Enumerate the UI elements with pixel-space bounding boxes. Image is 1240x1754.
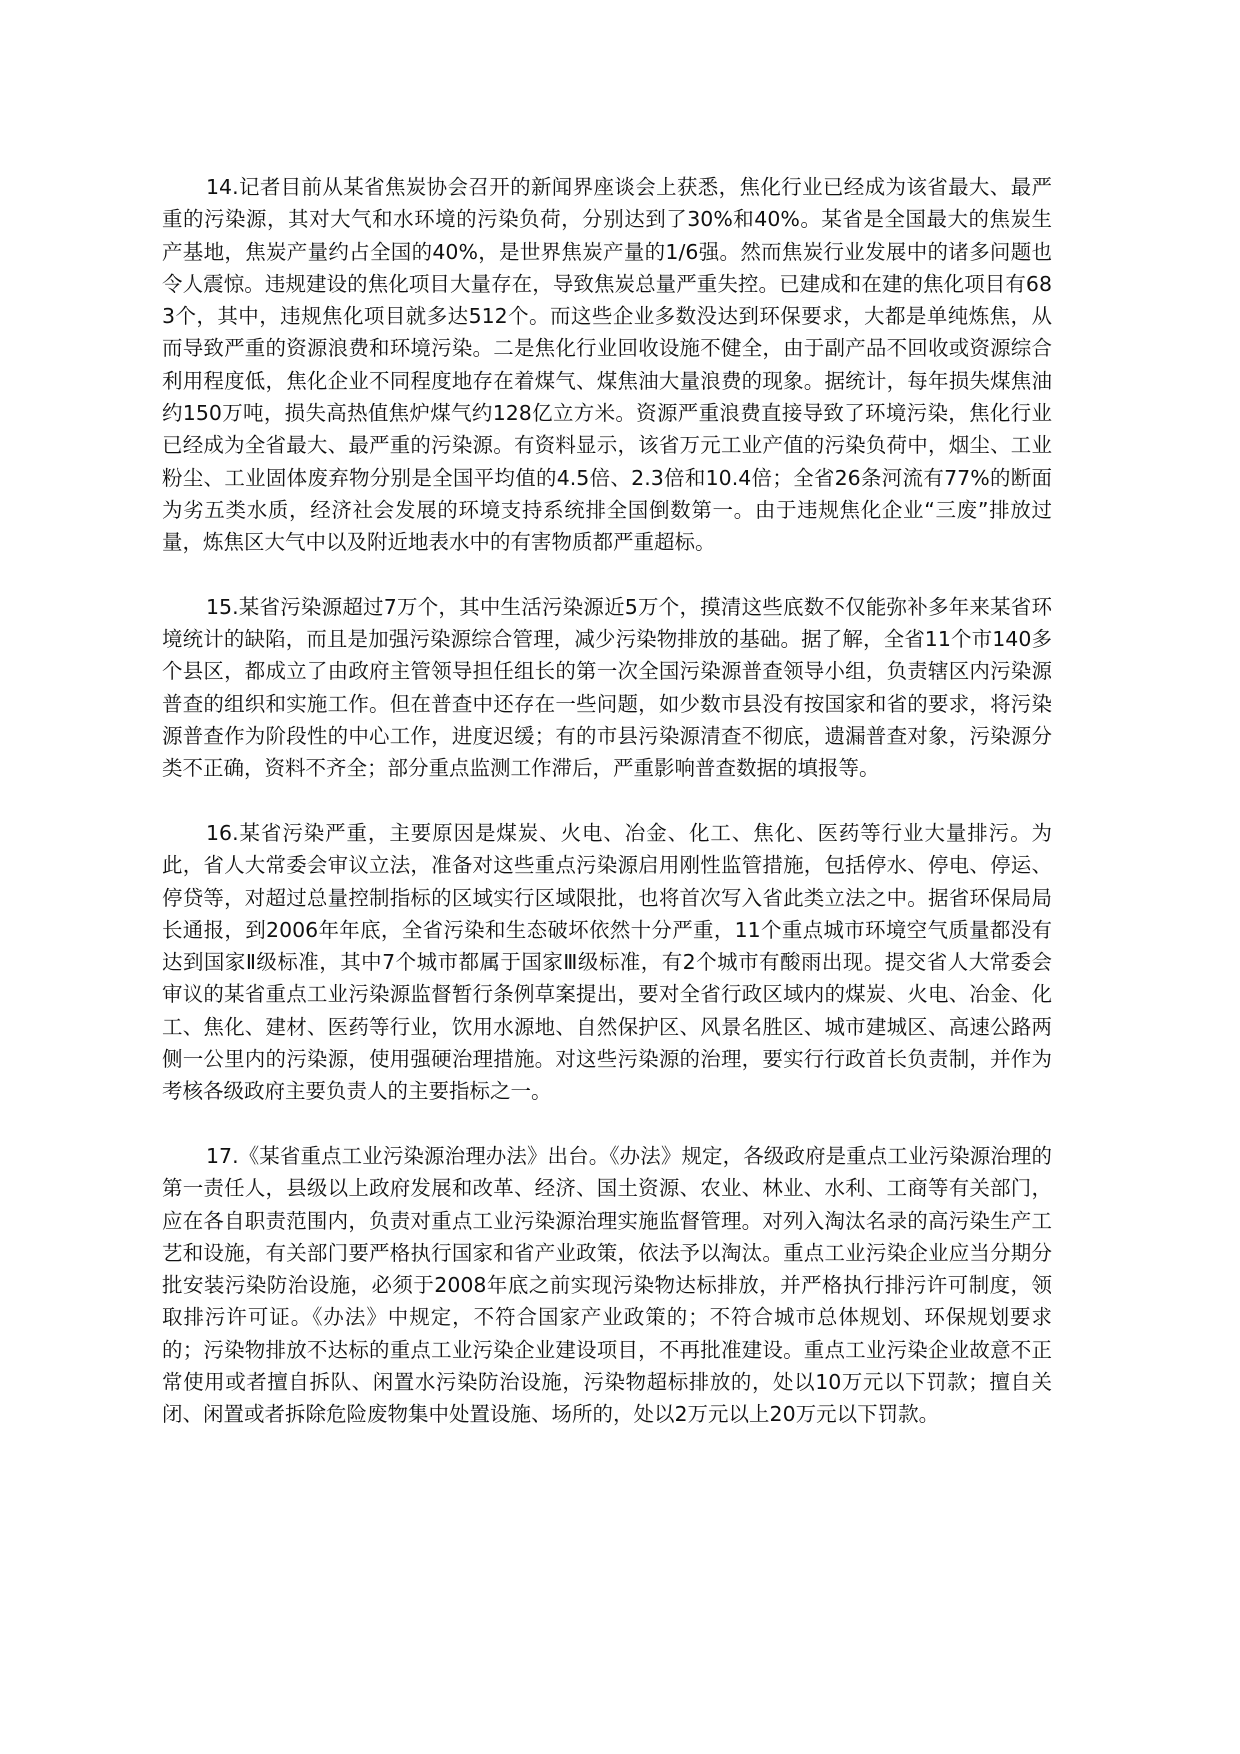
paragraph-14: 14.记者目前从某省焦炭协会召开的新闻界座谈会上获悉，焦化行业已经成为该省最大、… [162,171,1052,559]
paragraph-17: 17.《某省重点工业污染源治理办法》出台。《办法》规定，各级政府是重点工业污染源… [162,1140,1052,1431]
document-page: 14.记者目前从某省焦炭协会召开的新闻界座谈会上获悉，焦化行业已经成为该省最大、… [162,171,1052,1463]
paragraph-15: 15.某省污染源超过7万个，其中生活污染源近5万个，摸清这些底数不仅能弥补多年来… [162,591,1052,785]
paragraph-16: 16.某省污染严重，主要原因是煤炭、火电、冶金、化工、焦化、医药等行业大量排污。… [162,817,1052,1108]
